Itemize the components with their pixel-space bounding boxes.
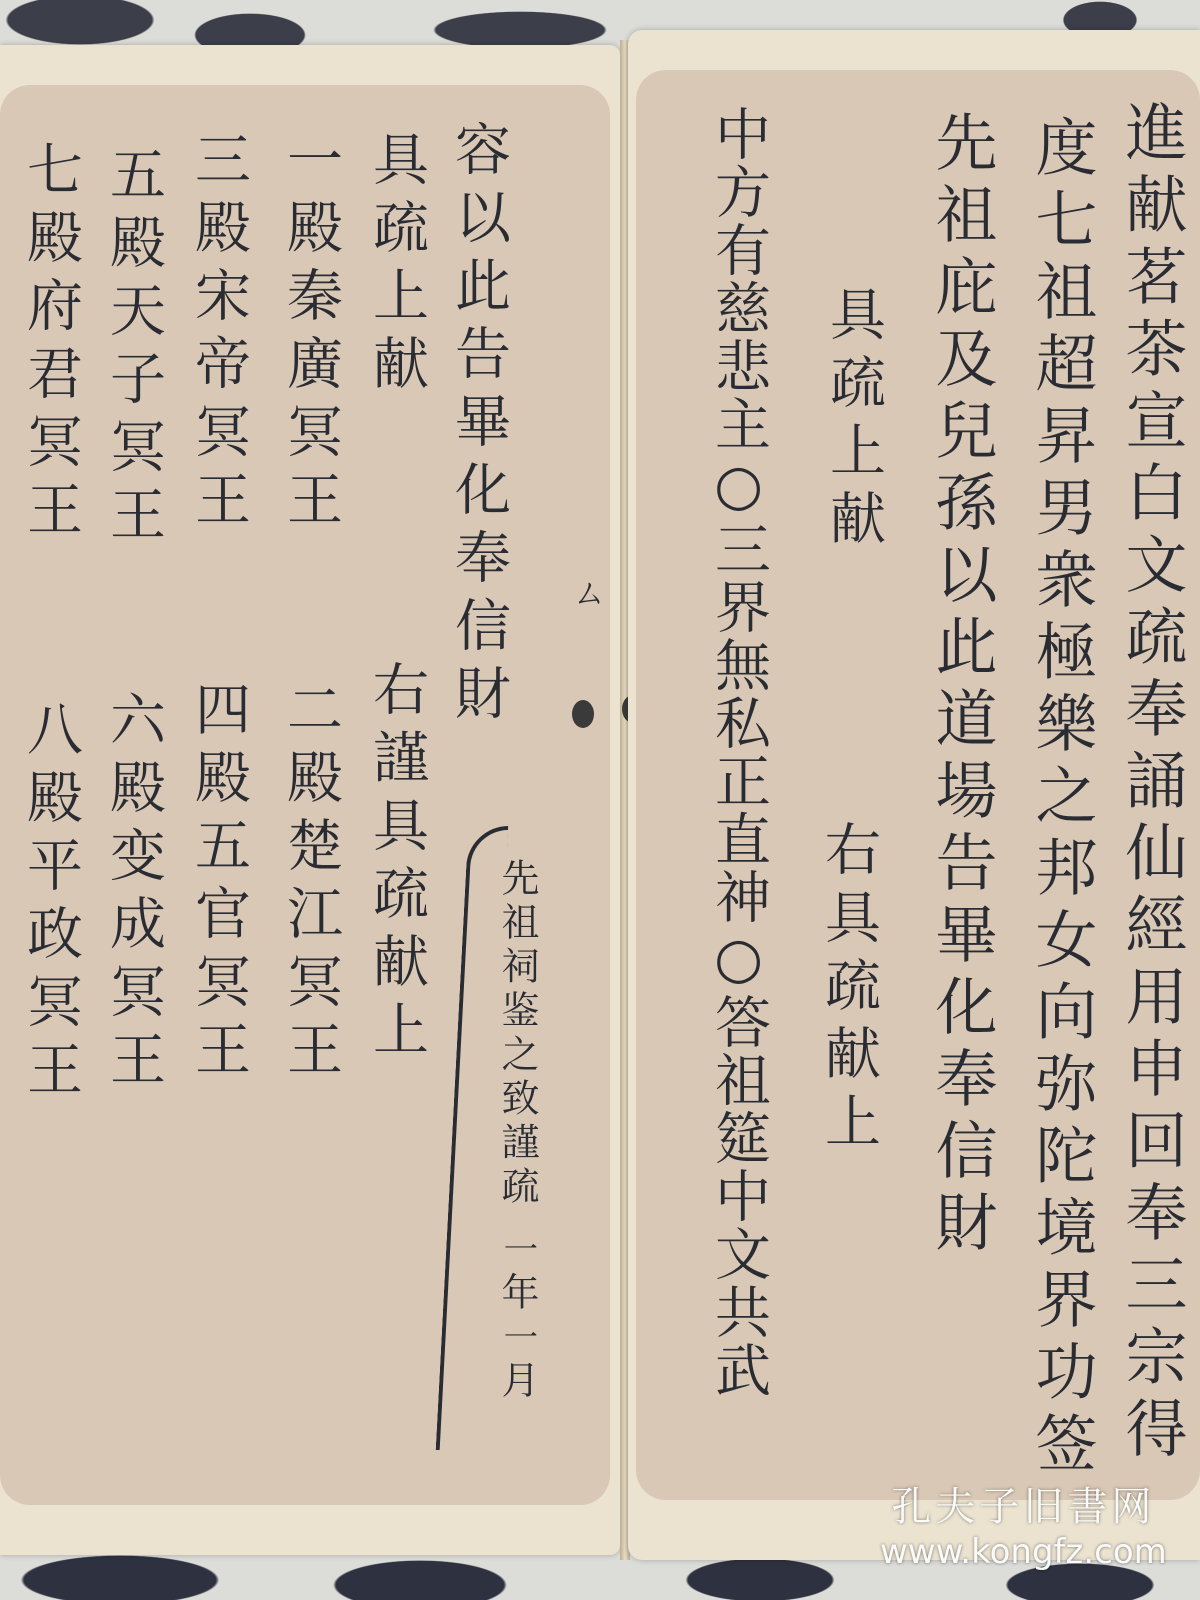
watermark-site-name: 孔夫子旧書网: [880, 1475, 1167, 1532]
left-col-2: 具疏上献: [368, 130, 424, 402]
left-col-liudian: 六殿变成冥王: [105, 690, 161, 1098]
left-col-1: 容以此告畢化奉信財: [450, 120, 506, 732]
left-col-qidian: 七殿府君冥王: [22, 140, 78, 548]
binding-hole: [572, 700, 594, 728]
right-col-4: 具疏上献: [825, 285, 881, 557]
watermark: 孔夫子旧書网 www.kongfz.com: [880, 1475, 1167, 1572]
left-annotation: 先祖祠鉴之致謹疏 ㇐年㇐月: [498, 858, 536, 1404]
right-col-6: 中方有慈悲主○三界無私正直神○答祖筵中文共武: [710, 105, 766, 1399]
right-col-1: 進献茗茶宣白文疏奉誦仙經用申回奉三宗得: [1120, 100, 1182, 1468]
right-col-3: 先祖庇及兒孫以此道場告畢化奉信財: [930, 110, 992, 1262]
left-col-sandian: 三殿宋帝冥王: [190, 130, 246, 538]
left-col-yidian: 一殿秦廣冥王: [282, 130, 338, 538]
left-col-wudian: 五殿天子冥王: [105, 145, 161, 553]
watermark-url: www.kongfz.com: [880, 1532, 1167, 1572]
left-col-erdian: 二殿楚江冥王: [282, 680, 338, 1088]
left-col-sidian: 四殿五官冥王: [190, 680, 246, 1088]
margin-mark: ㄙ: [572, 565, 606, 614]
right-col-2: 度七祖超昇男衆極樂之邦女向弥陀境界功签: [1030, 115, 1092, 1483]
left-col-badian: 八殿平政冥王: [22, 700, 78, 1108]
left-col-3: 右謹具疏献上: [368, 660, 424, 1068]
right-col-5: 右具疏献上: [820, 820, 876, 1160]
